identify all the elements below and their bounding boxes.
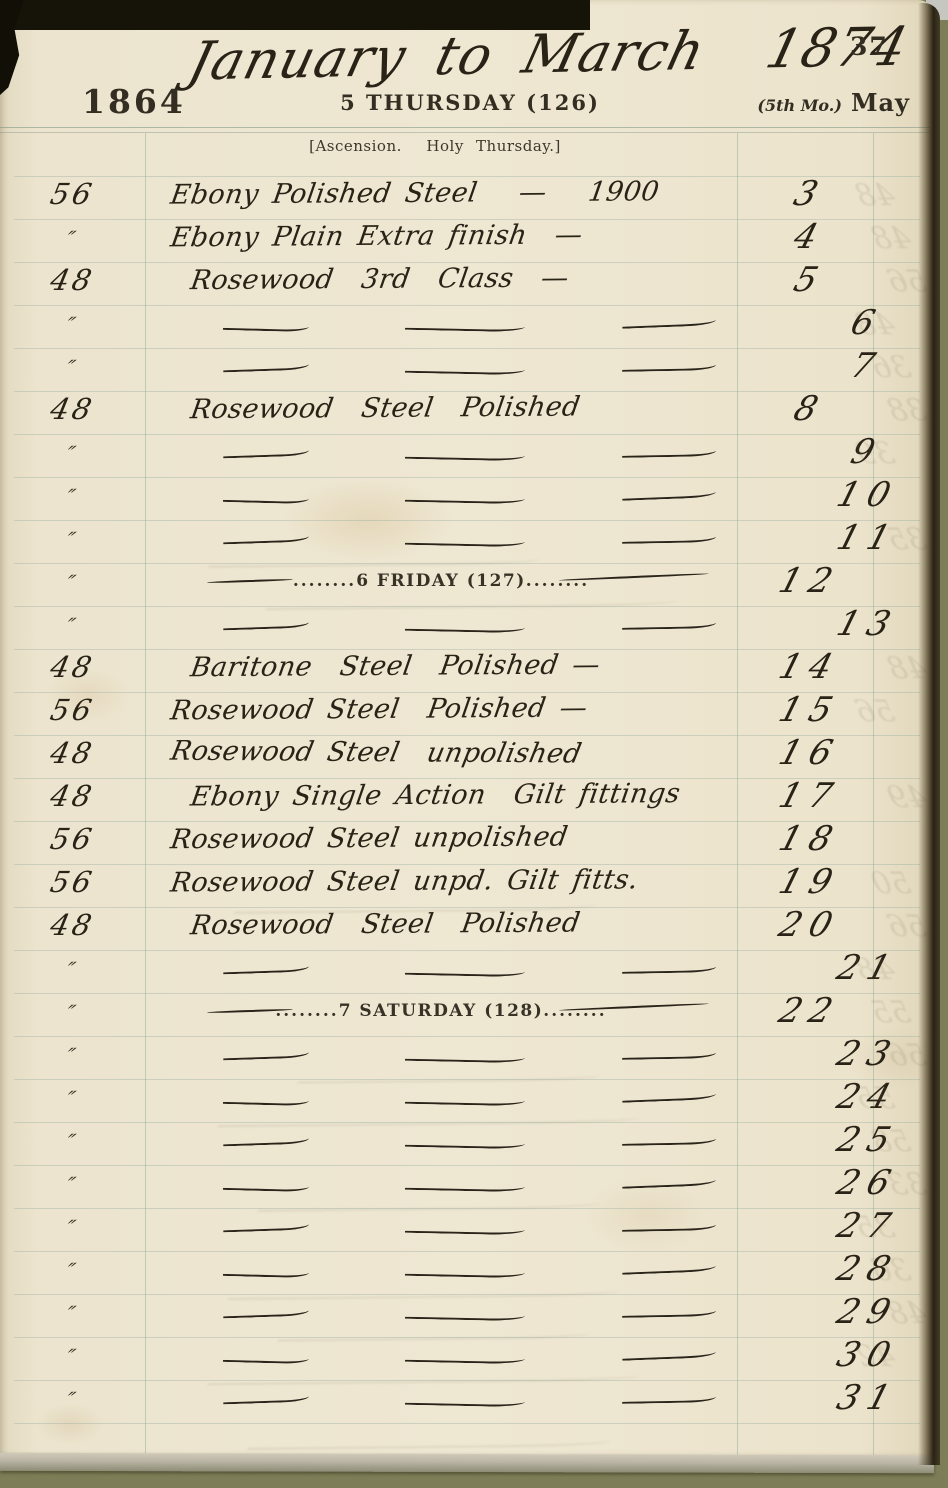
price-value: ″ (62, 614, 81, 638)
blank-dash (405, 362, 525, 376)
ledger-row: ″ ........7 SATURDAY (128)........ 22 (0, 989, 934, 1032)
day-number: 14 (769, 647, 846, 687)
torn-binding-strip (0, 0, 590, 30)
day-header-label: 6 FRIDAY (127) (356, 571, 526, 591)
day-number-cell: 4 (737, 217, 877, 257)
price-cell: ″ (0, 1386, 145, 1410)
price-value: ″ (63, 1001, 82, 1025)
price-value: ″ (62, 1388, 81, 1412)
entry-cell: Rosewood Steel unpd. Gilt fitts. (145, 860, 737, 903)
entry-text: Baritone Steel Polished — (142, 649, 602, 683)
day-number-cell: 14 (737, 647, 877, 687)
printed-day-heading: 5 THURSDAY (126) (300, 90, 640, 115)
entry-cell: ........7 SATURDAY (128)........ (145, 989, 737, 1032)
blank-dash (622, 1346, 716, 1361)
price-value: 48 (47, 908, 97, 942)
day-number-cell: 13 (794, 604, 934, 644)
day-number: 20 (769, 905, 846, 945)
blank-dash (223, 1305, 309, 1319)
day-number: 4 (783, 217, 830, 257)
page-edges-stack (0, 1453, 934, 1473)
ledger-row: ″ Ebony Plain Extra finish — 4 (0, 215, 934, 258)
entry-cell (145, 516, 795, 559)
entry-text: Rosewood Steel unpolished (142, 822, 570, 856)
day-number: 16 (769, 733, 846, 773)
page-sheet: January to March 1874 37 1864 5 THURSDAY… (0, 0, 934, 1462)
printed-year: 1864 (82, 82, 186, 121)
printed-month-name: May (851, 88, 910, 117)
day-number: 31 (826, 1378, 903, 1418)
blank-dash (223, 1264, 309, 1277)
blank-dash (223, 1178, 309, 1191)
blank-dash (622, 359, 716, 372)
blank-dash (622, 1133, 716, 1146)
blank-dash (223, 359, 309, 373)
ledger-row: 56 Rosewood Steel unpd. Gilt fitts. 19 (0, 860, 934, 903)
entry-cell (145, 344, 795, 387)
ledger-row: ″ 6 (0, 301, 934, 344)
blank-dash (223, 1047, 309, 1061)
month-group: (5th Mo.) May (710, 88, 910, 117)
day-number: 10 (826, 475, 903, 515)
ledger-row: 48 Baritone Steel Polished — 14 (0, 645, 934, 688)
blank-dash (622, 1260, 716, 1275)
ledger-row: ″ 23 (0, 1032, 934, 1075)
price-value: ″ (62, 528, 81, 552)
entry-cell (145, 1032, 795, 1075)
ledger-row: ″ 7 (0, 344, 934, 387)
price-value: 48 (47, 736, 97, 770)
blank-dash (622, 1088, 716, 1103)
price-cell: ″ (0, 1042, 145, 1066)
blank-dash (223, 1219, 309, 1233)
entry-cell (145, 602, 795, 645)
entry-cell (145, 430, 795, 473)
price-cell: 56 (0, 693, 145, 727)
price-value: 56 (47, 865, 97, 899)
ledger-row: 48 Rosewood 3rd Class — 5 (0, 258, 934, 301)
entry-cell (145, 946, 795, 989)
blank-dash (405, 1394, 525, 1408)
price-value: ″ (62, 485, 81, 509)
day-number-cell: 17 (737, 776, 877, 816)
price-cell: ″ (0, 483, 145, 507)
ledger-row: 48 Ebony Single Action Gilt fittings 17 (0, 774, 934, 817)
leader-dots: ........ (526, 571, 589, 591)
price-cell: ″ (0, 440, 145, 464)
price-cell: 48 (0, 650, 145, 684)
book-cover-edge (918, 3, 940, 1465)
ledger-rows: 56 Ebony Polished Steel — 1900 3 ″ Ebony… (0, 172, 934, 1432)
blank-dash (223, 617, 309, 631)
day-number: 15 (769, 690, 846, 730)
price-cell: ″ (0, 1300, 145, 1324)
blank-dash (622, 1305, 716, 1318)
price-value: ″ (62, 1130, 81, 1154)
ledger-row: ″ 28 (0, 1247, 934, 1290)
entry-cell: Rosewood Steel unpolished (145, 817, 737, 860)
entry-cell: Rosewood Steel Polished (145, 387, 737, 430)
price-cell: ″ (0, 311, 145, 335)
price-value: 48 (47, 650, 97, 684)
price-value: ″ (62, 1173, 81, 1197)
blank-dash (405, 448, 525, 462)
day-number-cell: 20 (737, 905, 877, 945)
price-cell: ″ (0, 612, 145, 636)
day-number: 5 (783, 260, 830, 300)
blank-dash (405, 1093, 525, 1107)
price-cell: ″ (0, 569, 145, 593)
price-cell: ″ (0, 956, 145, 980)
price-value: 48 (47, 263, 97, 297)
day-number-cell: 31 (794, 1378, 934, 1418)
ledger-row: ″ ........6 FRIDAY (127)........ 12 (0, 559, 934, 602)
header-double-rule (0, 127, 930, 133)
entry-cell (145, 1161, 795, 1204)
price-value: 48 (47, 392, 97, 426)
day-number-cell: 19 (737, 862, 877, 902)
price-cell: 48 (0, 779, 145, 813)
day-number-cell: 8 (737, 389, 877, 429)
price-value: ″ (63, 571, 82, 595)
blank-dash (223, 318, 309, 331)
day-header-label: 7 SATURDAY (128) (339, 1001, 544, 1021)
day-number: 12 (769, 561, 846, 601)
blank-dash (405, 534, 525, 548)
price-value: 48 (47, 779, 97, 813)
entry-text: Ebony Polished Steel — 1900 (142, 176, 661, 211)
ledger-row: ″ 13 (0, 602, 934, 645)
price-cell: 48 (0, 392, 145, 426)
ledger-row: 56 Rosewood Steel Polished — 15 (0, 688, 934, 731)
blank-dash (223, 1350, 309, 1363)
price-cell: ″ (0, 999, 145, 1023)
price-cell: ″ (0, 1085, 145, 1109)
blank-dash (622, 617, 716, 630)
price-value: ″ (62, 442, 81, 466)
day-number-cell: 12 (737, 561, 877, 601)
day-number-cell: 16 (737, 733, 877, 773)
day-number: 19 (769, 862, 846, 902)
entry-text: Rosewood 3rd Class — (142, 263, 571, 297)
entry-text: Rosewood Steel Polished (142, 907, 582, 941)
price-cell: 48 (0, 736, 145, 770)
day-number-cell: 10 (794, 475, 934, 515)
blank-dash (622, 486, 716, 501)
ledger-row: ″ 10 (0, 473, 934, 516)
price-value: ″ (62, 1302, 81, 1326)
blank-dash (223, 531, 309, 545)
handwritten-strike (207, 578, 293, 583)
leader-dots: ........ (275, 1001, 338, 1021)
blank-dash (622, 314, 716, 329)
day-number: 18 (769, 819, 846, 859)
price-cell: ″ (0, 526, 145, 550)
price-cell: ″ (0, 1128, 145, 1152)
price-cell: 48 (0, 263, 145, 297)
price-cell: ″ (0, 1257, 145, 1281)
blank-dash (622, 1219, 716, 1232)
blank-dash (223, 490, 309, 503)
price-value: ″ (62, 1216, 81, 1240)
price-cell: 56 (0, 822, 145, 856)
price-value: ″ (62, 1087, 81, 1111)
diary-photo: January to March 1874 37 1864 5 THURSDAY… (0, 0, 948, 1488)
entry-text: Rosewood Steel Polished (142, 391, 582, 425)
price-value: 56 (47, 822, 97, 856)
entry-text: Rosewood Steel unpd. Gilt fitts. (142, 864, 640, 898)
price-value: 56 (47, 177, 97, 211)
entry-text: Ebony Single Action Gilt fittings (142, 778, 682, 813)
price-cell: 56 (0, 865, 145, 899)
entry-cell (145, 1204, 795, 1247)
price-cell: 56 (0, 177, 145, 211)
blank-dash (622, 961, 716, 974)
entry-cell: Ebony Polished Steel — 1900 (145, 172, 737, 215)
day-number: 17 (769, 776, 846, 816)
printed-month-prefix: (5th Mo.) (757, 96, 842, 115)
ledger-row: ″ 21 (0, 946, 934, 989)
blank-dash (223, 1133, 309, 1147)
blank-dash (223, 961, 309, 975)
blank-dash (622, 1391, 716, 1404)
price-value: ″ (62, 1259, 81, 1283)
ledger-row: ″ 9 (0, 430, 934, 473)
day-number: 22 (769, 991, 846, 1031)
blank-dash (405, 1136, 525, 1150)
page-number: 37 (850, 32, 889, 61)
blank-dash (622, 1174, 716, 1189)
ledger-row: 48 Rosewood Steel Polished 8 (0, 387, 934, 430)
ledger-row: ″ 26 (0, 1161, 934, 1204)
entry-cell: Rosewood Steel unpolished (145, 731, 737, 774)
price-value: ″ (63, 227, 82, 251)
ledger-row: 56 Ebony Polished Steel — 1900 3 (0, 172, 934, 215)
ledger-row: ″ 11 (0, 516, 934, 559)
entry-cell (145, 301, 795, 344)
ledger-row: 48 Rosewood Steel unpolished 16 (0, 731, 934, 774)
blank-dash (223, 445, 309, 459)
blank-dash (405, 1222, 525, 1236)
entry-cell: Rosewood Steel Polished — (145, 688, 737, 731)
price-cell: ″ (0, 225, 145, 249)
price-value: ″ (62, 313, 81, 337)
leader-dots: ........ (543, 1001, 606, 1021)
blank-dash (405, 1308, 525, 1322)
day-number-cell: 18 (737, 819, 877, 859)
price-cell: ″ (0, 1171, 145, 1195)
blank-dash (405, 1050, 525, 1064)
price-value: ″ (62, 958, 81, 982)
entry-cell (145, 1247, 795, 1290)
day-number: 3 (783, 174, 830, 214)
entry-cell: Rosewood 3rd Class — (145, 258, 737, 301)
blank-dash (405, 1179, 525, 1193)
leader-dots: ........ (293, 571, 356, 591)
price-cell: ″ (0, 354, 145, 378)
ledger-row: ″ 27 (0, 1204, 934, 1247)
blank-dash (223, 1391, 309, 1405)
blank-dash (622, 531, 716, 544)
blank-dash (223, 1092, 309, 1105)
blank-dash (405, 620, 525, 634)
day-number-cell: 5 (737, 260, 877, 300)
blank-dash (622, 445, 716, 458)
price-value: 56 (47, 693, 97, 727)
blank-dash (405, 319, 525, 333)
blank-dash (405, 1351, 525, 1365)
day-number: 8 (783, 389, 830, 429)
entry-cell: Ebony Single Action Gilt fittings (145, 774, 737, 817)
entry-text: Rosewood Steel unpolished (142, 735, 584, 769)
entry-text: Ebony Plain Extra finish — (142, 219, 584, 253)
blank-dash (405, 491, 525, 505)
day-number: 13 (826, 604, 903, 644)
blank-dash (622, 1047, 716, 1060)
price-value: ″ (62, 356, 81, 380)
price-cell: ″ (0, 1214, 145, 1238)
day-number-cell: 22 (737, 991, 877, 1031)
blank-dash (405, 964, 525, 978)
entry-text: Rosewood Steel Polished — (142, 692, 589, 726)
entry-cell: Ebony Plain Extra finish — (145, 215, 737, 258)
entry-cell (145, 473, 795, 516)
feast-note: [Ascension. Holy Thursday.] (230, 137, 640, 155)
entry-cell: Baritone Steel Polished — (145, 645, 737, 688)
ledger-row: 56 Rosewood Steel unpolished 18 (0, 817, 934, 860)
price-cell: 48 (0, 908, 145, 942)
blank-dash (405, 1265, 525, 1279)
price-value: ″ (62, 1044, 81, 1068)
price-cell: ″ (0, 1343, 145, 1367)
price-value: ″ (62, 1345, 81, 1369)
